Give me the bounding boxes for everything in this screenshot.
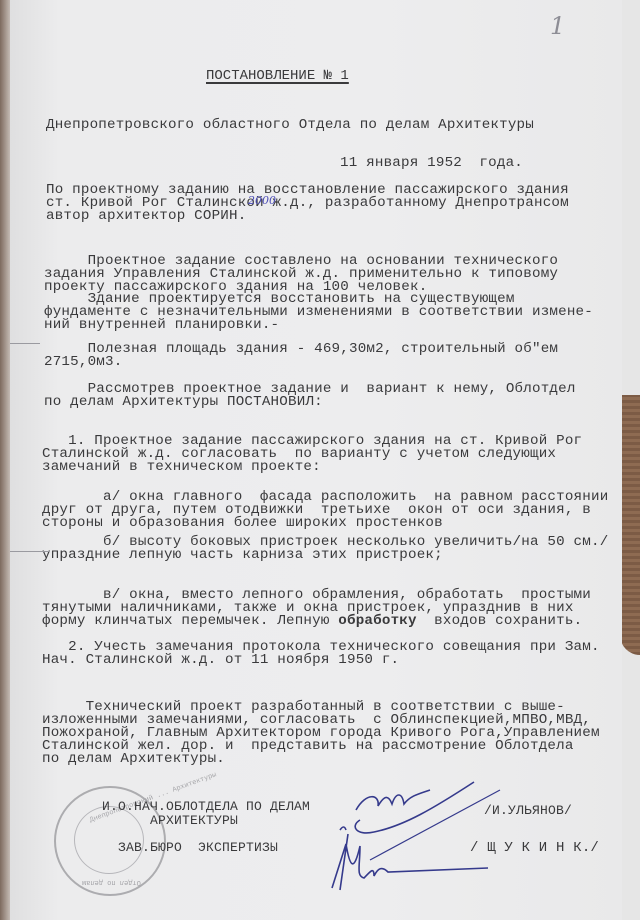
handwritten-annotation: 2000 [248, 194, 276, 207]
text-line: форму клинчатых перемычек. Лепную обрабо… [42, 614, 582, 628]
document-date: 11 января 1952 года. [340, 156, 523, 170]
document-page: 1 ПОСТАНОВЛЕНИЕ № 1 Днепропетровского об… [10, 0, 622, 920]
signer-1-position-line2: АРХИТЕКТУРЫ [150, 814, 238, 828]
text-line: по делам Архитектуры ПОСТАНОВИЛ: [44, 395, 323, 409]
document-title: ПОСТАНОВЛЕНИЕ № 1 [206, 68, 349, 84]
issuer-line: Днепропетровского областного Отдела по д… [46, 118, 534, 132]
paper-crease [10, 551, 50, 552]
text-line: автор архитектор СОРИН. [46, 209, 246, 223]
signer-2-position: ЗАВ.БЮРО ЭКСПЕРТИЗЫ [118, 841, 278, 855]
text-line: ний внутренней планировки.- [44, 318, 279, 332]
page-number: 1 [550, 12, 565, 40]
paper-crease [10, 343, 40, 344]
text-line: 2715,0м3. [44, 355, 122, 369]
handwritten-signatures [320, 770, 530, 900]
stamp-bottom-text: Отдел по делам [82, 878, 141, 886]
signer-1-position: И.О.НАЧ.ОБЛОТДЕЛА ПО ДЕЛАМ [102, 800, 310, 814]
text-line: упраздние лепную часть карниза этих прис… [42, 548, 443, 562]
text-line: замечаний в техническом проекте: [42, 460, 321, 474]
wooden-surface [620, 395, 640, 655]
text-line: стороны и образования более широких прос… [42, 516, 443, 530]
text-line: по делам Архитектуры. [42, 752, 225, 766]
text-line: Нач. Сталинской ж.д. от 11 ноября 1950 г… [42, 653, 399, 667]
emphasized-word: обработку [338, 613, 416, 629]
